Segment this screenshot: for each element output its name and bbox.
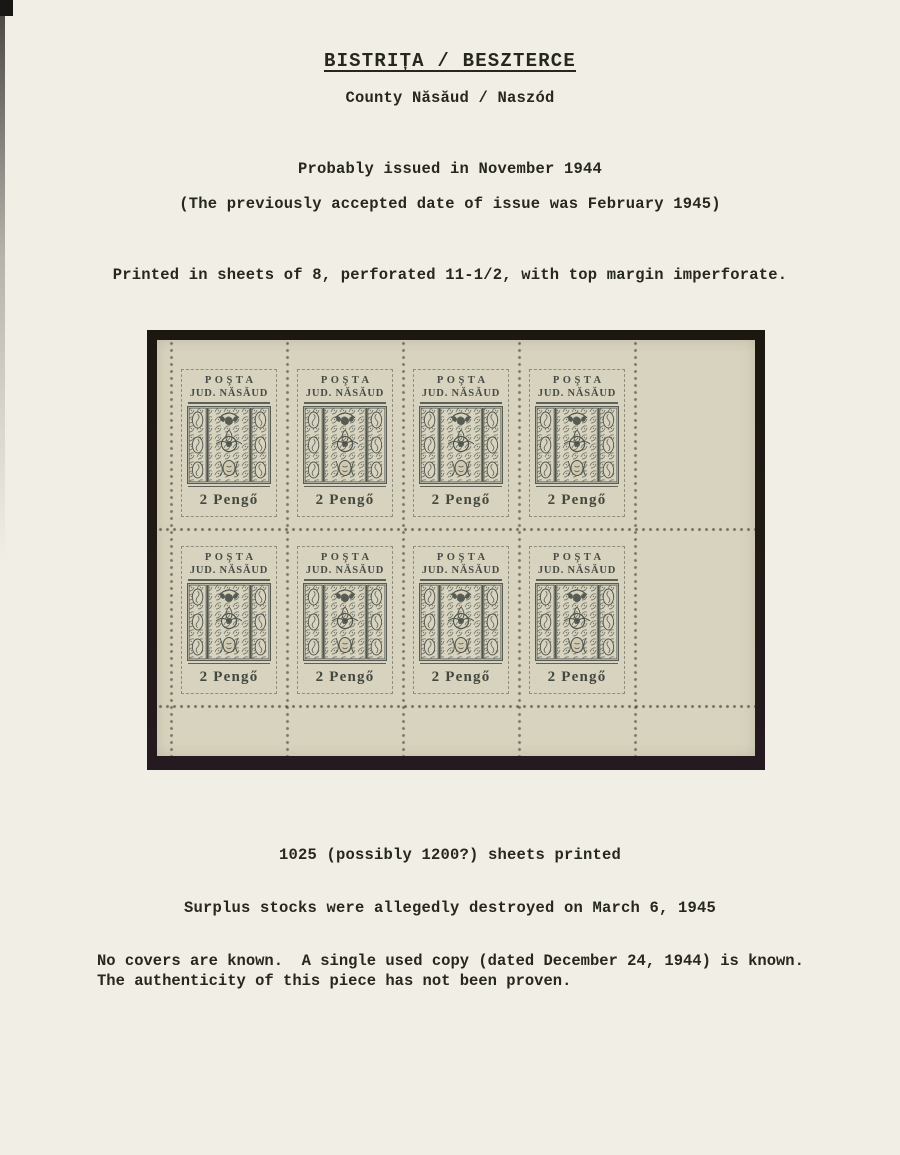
stamp-posta-label: POŞTA xyxy=(317,552,372,564)
stamp-vignette xyxy=(419,406,503,484)
stamp-county-label: JUD. NĂSĂUD xyxy=(306,387,384,400)
stamp-rule-top xyxy=(420,579,502,581)
stamp-posta-label: POŞTA xyxy=(549,375,604,387)
stamp-frame: POŞTA JUD. NĂSĂUD 2 Pengő xyxy=(297,369,393,517)
stamp-rule-bottom xyxy=(536,663,618,665)
stamp-rule-bottom xyxy=(420,663,502,665)
stamp-frame: POŞTA JUD. NĂSĂUD 2 Pengő xyxy=(413,369,509,517)
sheets-printed-line: 1025 (possibly 1200?) sheets printed xyxy=(0,846,900,864)
stamp-county-label: JUD. NĂSĂUD xyxy=(190,387,268,400)
stamp-denomination: 2 Pengő xyxy=(200,492,259,509)
stamp-frame: POŞTA JUD. NĂSĂUD 2 Pengő xyxy=(297,546,393,694)
stamp-denomination: 2 Pengő xyxy=(432,669,491,686)
stamp-rule-top xyxy=(304,579,386,581)
stamp-rule-bottom xyxy=(304,663,386,665)
stamp-denomination: 2 Pengő xyxy=(432,492,491,509)
printing-details-line: Printed in sheets of 8, perforated 11-1/… xyxy=(0,266,900,284)
stamp: POŞTA JUD. NĂSĂUD 2 Pengő xyxy=(527,367,627,519)
stamp: POŞTA JUD. NĂSĂUD 2 Pengő xyxy=(179,544,279,696)
stamp-vignette xyxy=(187,406,271,484)
stamp-vignette xyxy=(535,406,619,484)
album-page: BISTRIȚA / BESZTERCE County Năsăud / Nas… xyxy=(0,0,900,1155)
covers-note-line2: The authenticity of this piece has not b… xyxy=(97,972,837,992)
stamp-posta-label: POŞTA xyxy=(201,375,256,387)
surplus-destroyed-line: Surplus stocks were allegedly destroyed … xyxy=(0,899,900,917)
stamp: POŞTA JUD. NĂSĂUD 2 Pengő xyxy=(179,367,279,519)
stamp-frame: POŞTA JUD. NĂSĂUD 2 Pengő xyxy=(413,546,509,694)
stamp-vignette xyxy=(419,583,503,661)
covers-note-line1: No covers are known. A single used copy … xyxy=(97,952,837,972)
stamp-vignette xyxy=(535,583,619,661)
issued-date-line: Probably issued in November 1944 xyxy=(0,160,900,178)
stamp-denomination: 2 Pengő xyxy=(200,669,259,686)
perforation-line-horizontal xyxy=(157,704,755,709)
stamp-county-label: JUD. NĂSĂUD xyxy=(538,387,616,400)
stamp-frame: POŞTA JUD. NĂSĂUD 2 Pengő xyxy=(529,546,625,694)
stamp-denomination: 2 Pengő xyxy=(316,492,375,509)
stamp-county-label: JUD. NĂSĂUD xyxy=(190,564,268,577)
stamps-grid: POŞTA JUD. NĂSĂUD 2 Pengő POŞTA JUD. NĂS… xyxy=(179,367,627,696)
page-title: BISTRIȚA / BESZTERCE xyxy=(0,50,900,72)
perforation-line-vertical xyxy=(633,340,638,756)
stamp-rule-bottom xyxy=(188,663,270,665)
stamp-rule-bottom xyxy=(304,486,386,488)
stamp-county-label: JUD. NĂSĂUD xyxy=(306,564,384,577)
stamp-vignette xyxy=(187,583,271,661)
stamp-frame: POŞTA JUD. NĂSĂUD 2 Pengő xyxy=(181,546,277,694)
stamp-sheet: POŞTA JUD. NĂSĂUD 2 Pengő POŞTA JUD. NĂS… xyxy=(157,340,755,756)
stamp-rule-bottom xyxy=(420,486,502,488)
previous-date-line: (The previously accepted date of issue w… xyxy=(0,195,900,213)
stamp: POŞTA JUD. NĂSĂUD 2 Pengő xyxy=(295,367,395,519)
stamp-rule-top xyxy=(420,402,502,404)
page-subtitle: County Năsăud / Naszód xyxy=(0,89,900,107)
stamp: POŞTA JUD. NĂSĂUD 2 Pengő xyxy=(295,544,395,696)
stamp-rule-bottom xyxy=(188,486,270,488)
stamp-frame: POŞTA JUD. NĂSĂUD 2 Pengő xyxy=(181,369,277,517)
stamp-rule-top xyxy=(536,579,618,581)
stamp-frame: POŞTA JUD. NĂSĂUD 2 Pengő xyxy=(529,369,625,517)
stamp-rule-top xyxy=(188,579,270,581)
stamp-rule-top xyxy=(188,402,270,404)
scan-corner-top-left xyxy=(0,0,13,16)
perforation-line-vertical xyxy=(169,340,174,756)
stamp-posta-label: POŞTA xyxy=(201,552,256,564)
stamp: POŞTA JUD. NĂSĂUD 2 Pengő xyxy=(411,367,511,519)
stamp-mount: POŞTA JUD. NĂSĂUD 2 Pengő POŞTA JUD. NĂS… xyxy=(147,330,765,770)
stamp-county-label: JUD. NĂSĂUD xyxy=(422,387,500,400)
stamp-rule-bottom xyxy=(536,486,618,488)
stamp-vignette xyxy=(303,583,387,661)
stamp-denomination: 2 Pengő xyxy=(548,492,607,509)
stamp-denomination: 2 Pengő xyxy=(548,669,607,686)
stamp-posta-label: POŞTA xyxy=(433,375,488,387)
stamp-posta-label: POŞTA xyxy=(433,552,488,564)
stamp-county-label: JUD. NĂSĂUD xyxy=(422,564,500,577)
stamp-posta-label: POŞTA xyxy=(317,375,372,387)
stamp: POŞTA JUD. NĂSĂUD 2 Pengő xyxy=(411,544,511,696)
stamp-denomination: 2 Pengő xyxy=(316,669,375,686)
stamp-rule-top xyxy=(304,402,386,404)
stamp-county-label: JUD. NĂSĂUD xyxy=(538,564,616,577)
stamp: POŞTA JUD. NĂSĂUD 2 Pengő xyxy=(527,544,627,696)
stamp-vignette xyxy=(303,406,387,484)
covers-note: No covers are known. A single used copy … xyxy=(97,952,837,991)
stamp-rule-top xyxy=(536,402,618,404)
stamp-posta-label: POŞTA xyxy=(549,552,604,564)
